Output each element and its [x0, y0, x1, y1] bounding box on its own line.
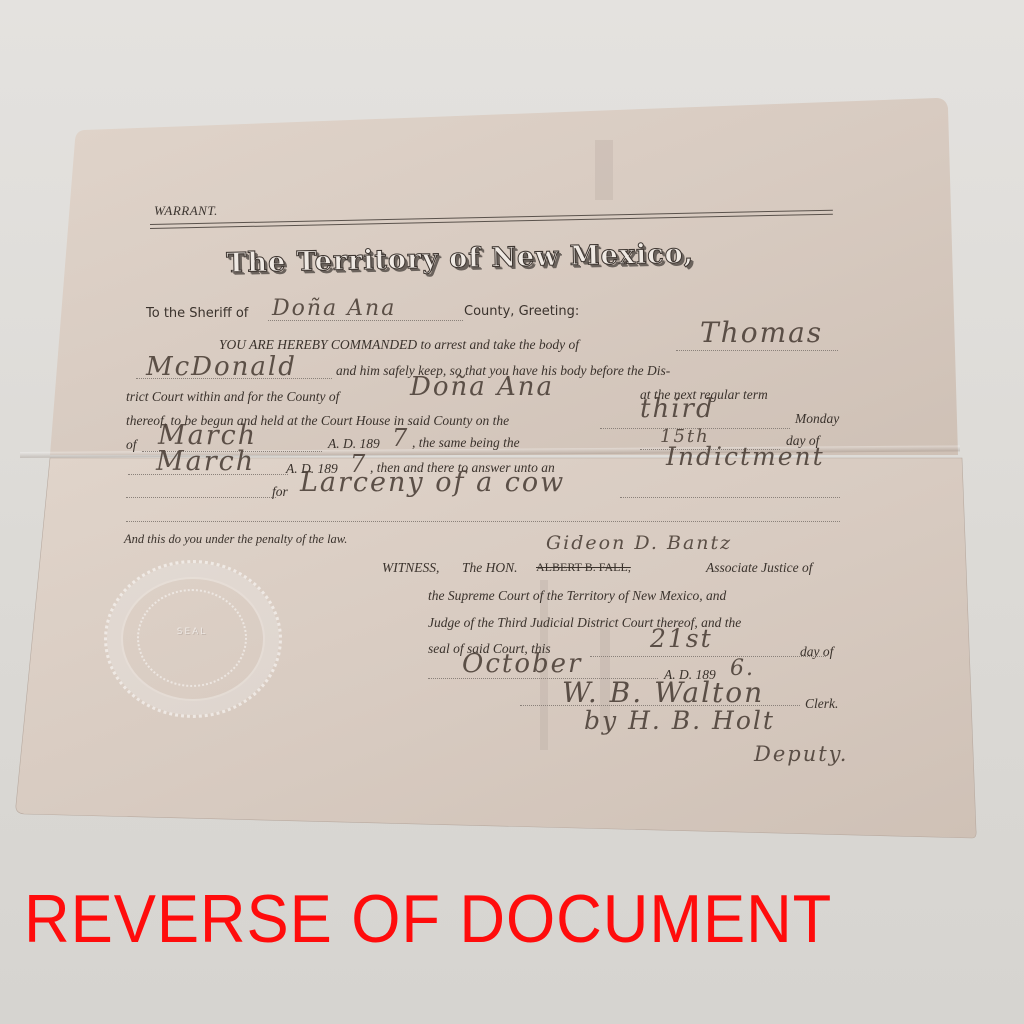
command-text-7: of	[126, 437, 137, 453]
witness-hon: The HON.	[462, 560, 518, 576]
witness-text-5: day of	[800, 644, 833, 660]
greeting-prefix: To the Sheriff of	[146, 306, 248, 321]
seal-text: SEAL	[139, 627, 245, 637]
warrant-document: WARRANT. The Territory of New Mexico, To…	[0, 0, 1024, 1024]
year-1-digit-handwritten: 7	[392, 424, 409, 452]
greeting-suffix: County, Greeting:	[464, 304, 579, 319]
charge-type-handwritten: Indictment	[666, 442, 825, 471]
deputy-signature: by H. B. Holt	[584, 706, 775, 735]
name-first-handwritten: Thomas	[700, 316, 823, 349]
witness-month-handwritten: October	[462, 649, 582, 679]
clerk-title: Clerk.	[805, 696, 838, 712]
command-text-13: for	[272, 484, 288, 500]
judge-struck-printed: ALBERT B. FALL,	[536, 560, 631, 575]
witness-label: WITNESS,	[382, 560, 439, 576]
form-label: WARRANT.	[154, 203, 218, 219]
name-first-field	[676, 350, 838, 351]
month-2-handwritten: March	[156, 446, 255, 477]
witness-text-1: Associate Justice of	[706, 560, 812, 576]
county-handwritten: Doña Ana	[410, 372, 554, 402]
clerk-signature: W. B. Walton	[562, 676, 764, 709]
witness-day-field	[590, 656, 826, 657]
charge-field-right	[620, 497, 840, 498]
embossed-court-seal: SEAL	[104, 560, 282, 718]
penalty-line: And this do you under the penalty of the…	[124, 532, 347, 547]
witness-day-handwritten: 21st	[650, 624, 713, 653]
blank-line	[126, 521, 840, 522]
witness-text-2: the Supreme Court of the Territory of Ne…	[428, 588, 726, 604]
command-text-3: trict Court within and for the County of	[126, 389, 339, 405]
charge-handwritten: Larceny of a cow	[300, 467, 565, 498]
caption-reverse-of-document: REVERSE OF DOCUMENT	[24, 880, 935, 958]
header-rule	[150, 210, 833, 225]
document-content: WARRANT. The Territory of New Mexico, To…	[0, 0, 1024, 1024]
command-text-1: YOU ARE HEREBY COMMANDED to arrest and t…	[219, 337, 579, 353]
document-title: The Territory of New Mexico,	[226, 238, 694, 279]
deputy-title: Deputy.	[754, 742, 848, 766]
command-text-9: , the same being the	[412, 435, 520, 451]
command-text-6: Monday	[795, 411, 839, 427]
greeting-county-handwritten: Doña Ana	[272, 296, 396, 321]
judge-handwritten: Gideon D. Bantz	[546, 532, 732, 554]
seal-inner-ring: SEAL	[137, 589, 247, 687]
ordinal-handwritten: third	[640, 394, 715, 424]
charge-field-left	[126, 497, 276, 498]
name-last-handwritten: McDonald	[146, 352, 297, 382]
